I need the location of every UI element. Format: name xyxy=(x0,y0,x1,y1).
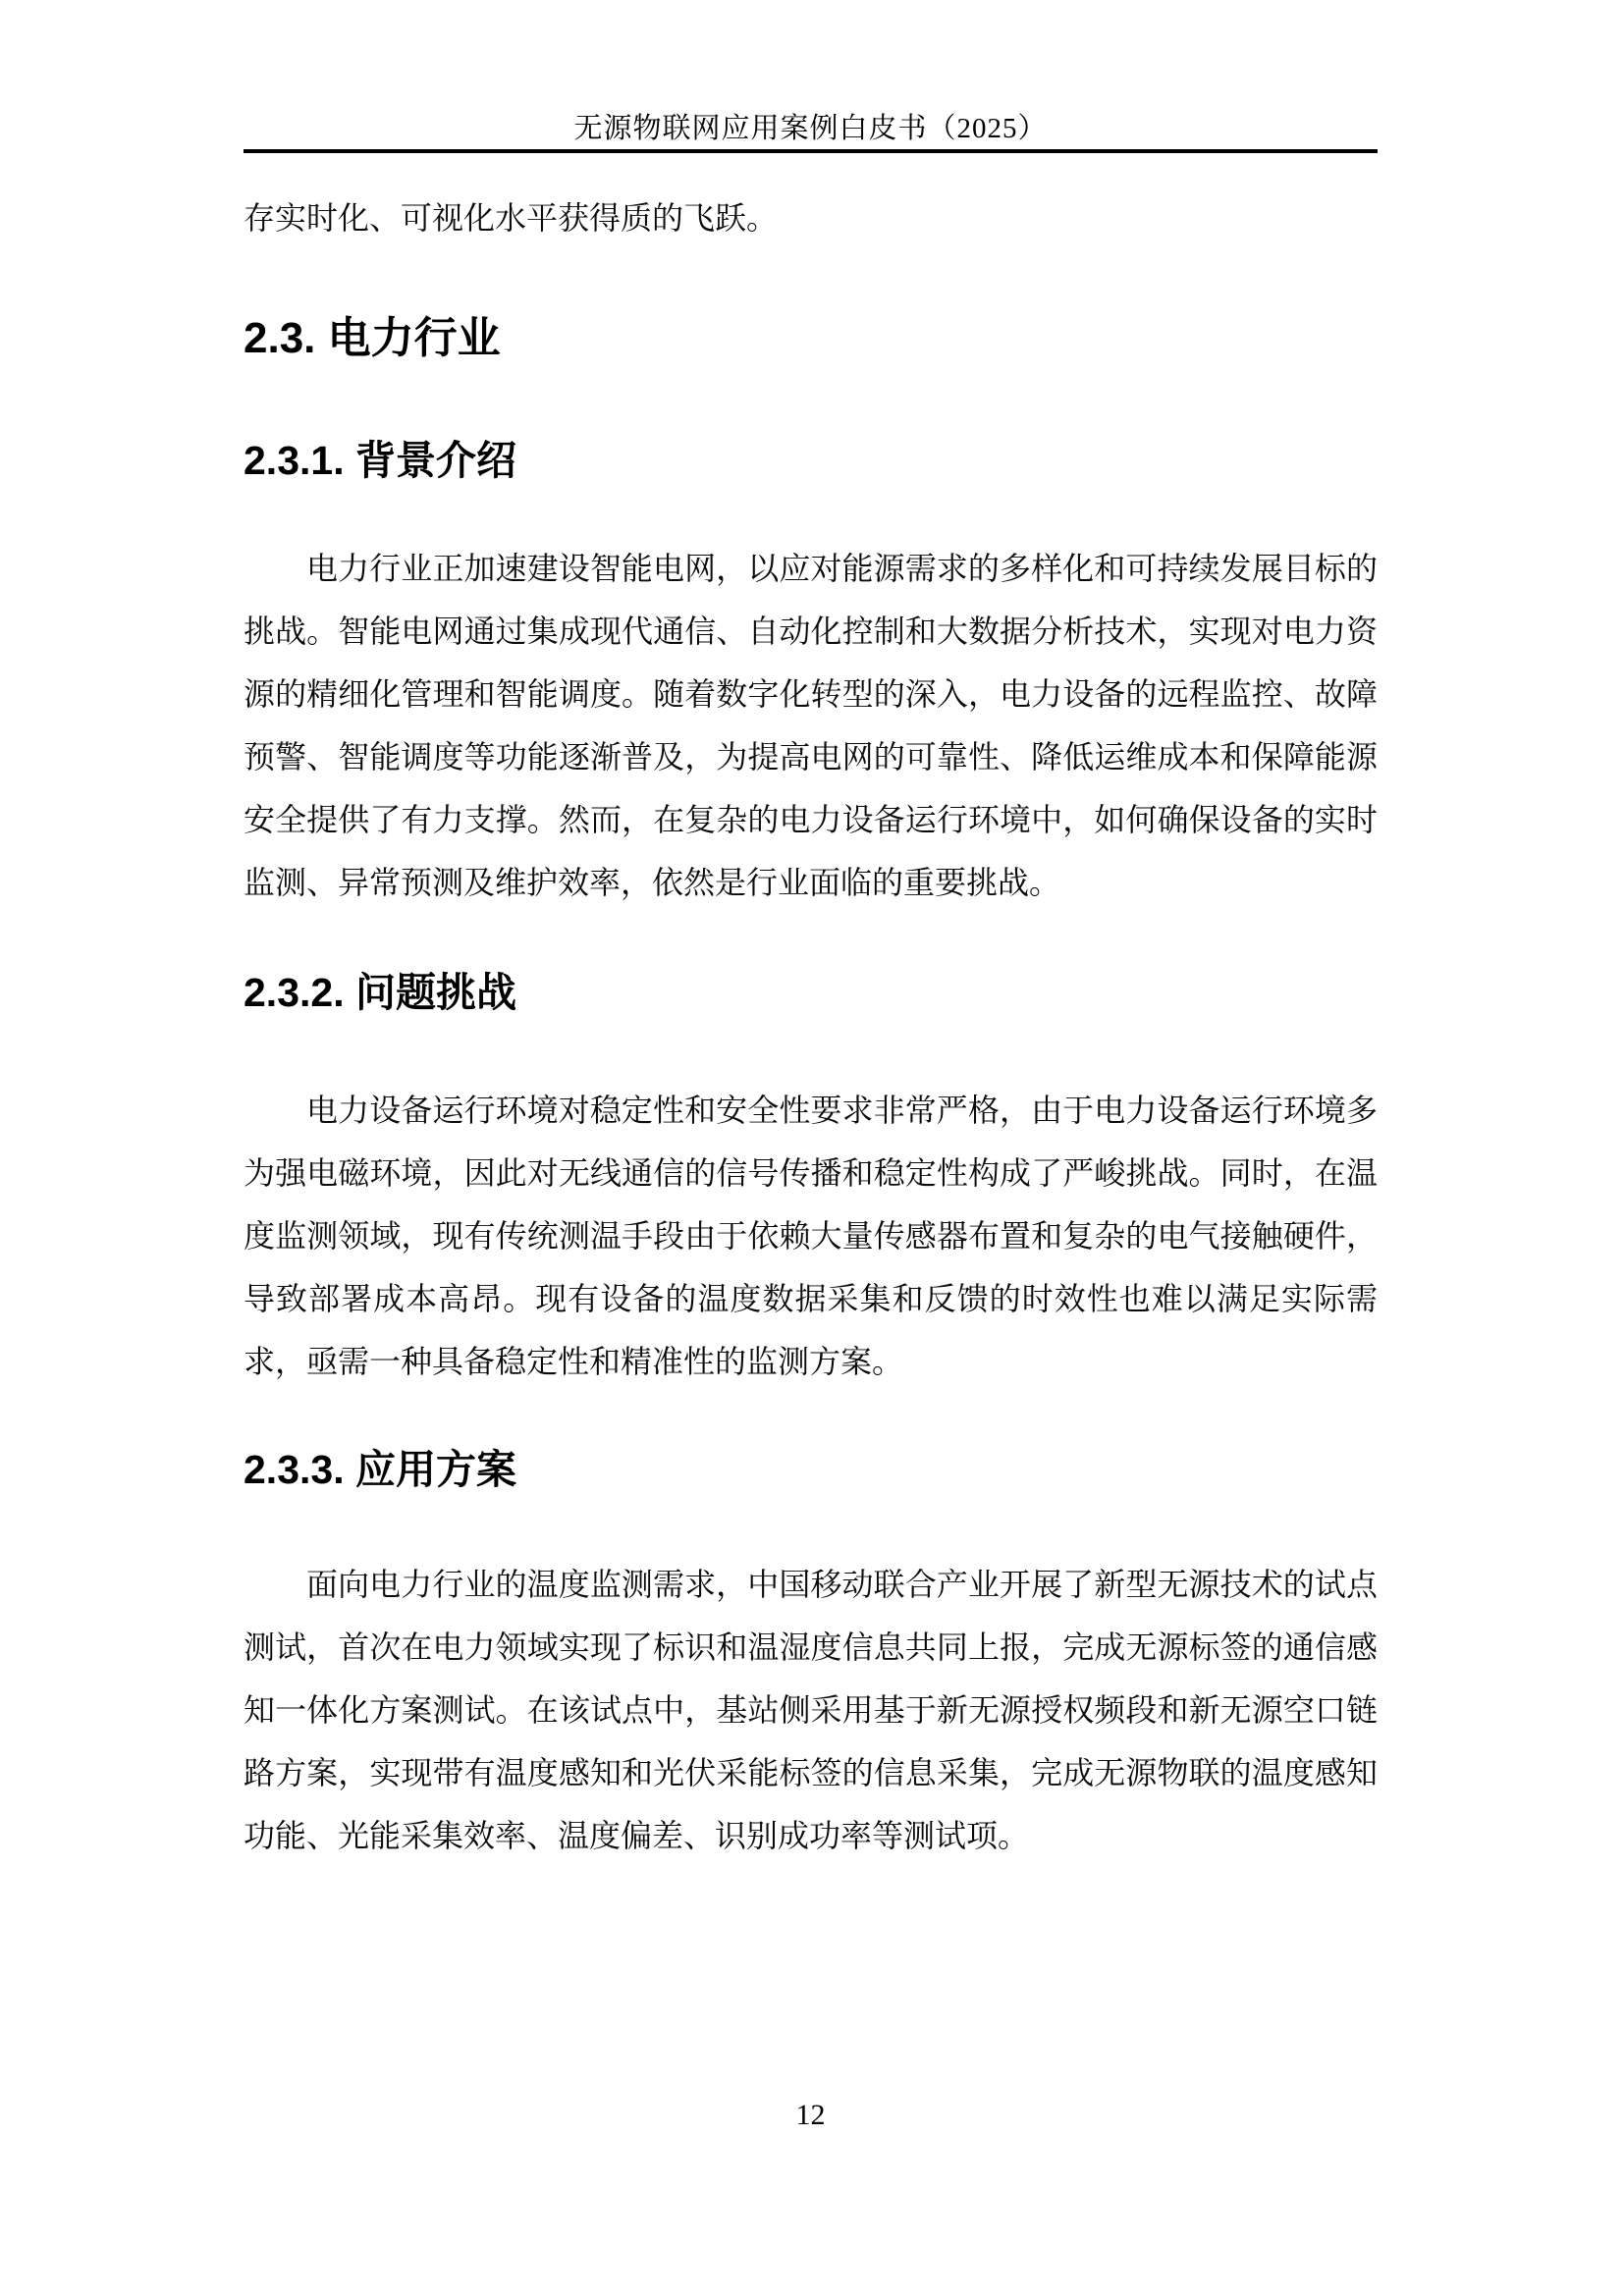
document-page: 无源物联网应用案例白皮书（2025） 存实时化、可视化水平获得质的飞跃。 2.3… xyxy=(0,0,1624,2296)
page-header-title: 无源物联网应用案例白皮书（2025） xyxy=(244,110,1378,147)
section-heading-2-3-2: 2.3.2. 问题挑战 xyxy=(244,968,1378,1017)
header-rule xyxy=(244,149,1378,153)
paragraph-continuation: 存实时化、可视化水平获得质的飞跃。 xyxy=(244,187,1378,249)
section-heading-2-3: 2.3. 电力行业 xyxy=(244,312,1378,365)
section-heading-2-3-3: 2.3.3. 应用方案 xyxy=(244,1445,1378,1494)
paragraph-solution: 面向电力行业的温度监测需求，中国移动联合产业开展了新型无源技术的试点测试，首次在… xyxy=(244,1553,1378,1867)
section-heading-2-3-1: 2.3.1. 背景介绍 xyxy=(244,436,1378,485)
paragraph-challenges: 电力设备运行环境对稳定性和安全性要求非常严格，由于电力设备运行环境多为强电磁环境… xyxy=(244,1079,1378,1393)
paragraph-background: 电力行业正加速建设智能电网，以应对能源需求的多样化和可持续发展目标的挑战。智能电… xyxy=(244,537,1378,914)
page-number: 12 xyxy=(244,2097,1378,2134)
